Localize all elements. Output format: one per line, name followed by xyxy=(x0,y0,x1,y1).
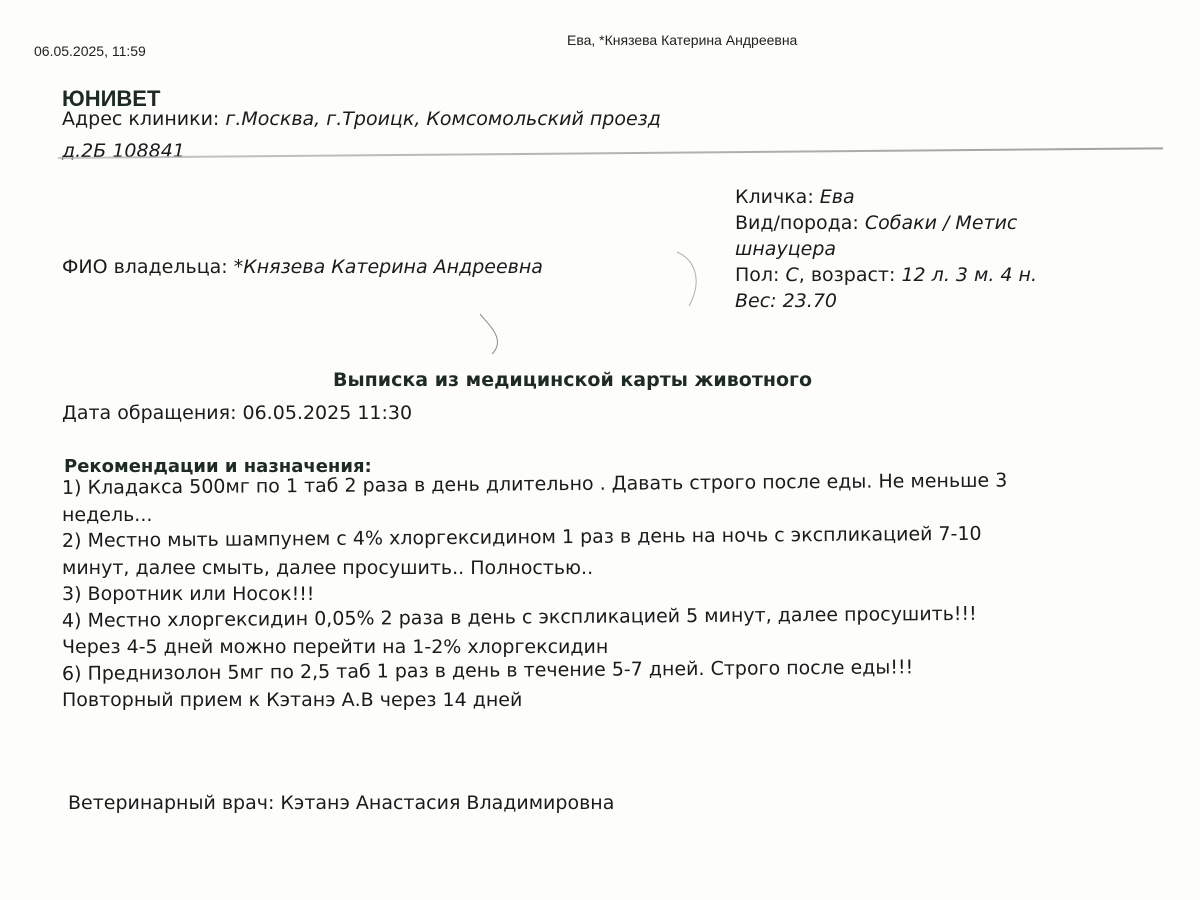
owner-name: *Князева Катерина Андреевна xyxy=(234,256,543,278)
pet-weight-value: 23.70 xyxy=(783,290,837,312)
pet-breed-label: Вид/порода: xyxy=(735,212,865,234)
scan-artifact-curve xyxy=(478,312,508,357)
visit-date: Дата обращения: 06.05.2025 11:30 xyxy=(62,402,412,424)
pet-name-row: Кличка: Ева xyxy=(735,184,1037,210)
vet-label: Ветеринарный врач: xyxy=(68,792,280,814)
recommendations-list: 1) Кладакса 500мг по 1 таб 2 раза в день… xyxy=(62,475,1007,714)
document-title: Выписка из медицинской карты животного xyxy=(333,369,812,391)
pet-weight-label: Вес: xyxy=(735,290,783,312)
pet-weight-row: Вес: 23.70 xyxy=(735,288,1037,314)
clinic-address: Адрес клиники: г.Москва, г.Троицк, Комсо… xyxy=(62,108,661,130)
pet-sex-label: Пол: xyxy=(735,264,786,286)
pet-breed-value: Собаки / Метис xyxy=(865,212,1018,234)
pet-age-label: , возраст: xyxy=(799,264,902,286)
clinic-address-value: г.Москва, г.Троицк, Комсомольский проезд xyxy=(225,108,661,130)
header-divider xyxy=(58,147,1163,159)
owner-label: ФИО владельца: xyxy=(62,256,234,278)
recommendation-line: минут, далее смыть, далее просушить.. По… xyxy=(62,555,1007,582)
print-datetime: 06.05.2025, 11:59 xyxy=(34,43,146,59)
pet-info: Кличка: Ева Вид/порода: Собаки / Метис ш… xyxy=(735,184,1037,314)
print-patient-header: Ева, *Князева Катерина Андреевна xyxy=(567,32,797,48)
vet-name: Кэтанэ Анастасия Владимировна xyxy=(280,792,614,814)
recommendation-line: Повторный прием к Кэтанэ А.В через 14 дн… xyxy=(62,687,1007,714)
pet-name-label: Кличка: xyxy=(735,186,820,208)
pet-name-value: Ева xyxy=(820,186,855,208)
owner-info: ФИО владельца: *Князева Катерина Андреев… xyxy=(62,256,543,278)
veterinarian: Ветеринарный врач: Кэтанэ Анастасия Влад… xyxy=(68,792,614,814)
pet-sex-value: С xyxy=(786,264,799,286)
pet-breed-value-2: шнауцера xyxy=(735,236,1037,262)
pet-age-value: 12 л. 3 м. 4 н. xyxy=(901,264,1037,286)
pet-breed-row: Вид/порода: Собаки / Метис xyxy=(735,210,1037,236)
scan-artifact-curve xyxy=(675,250,705,310)
pet-sex-age-row: Пол: С, возраст: 12 л. 3 м. 4 н. xyxy=(735,262,1037,288)
clinic-address-label: Адрес клиники: xyxy=(62,108,225,130)
